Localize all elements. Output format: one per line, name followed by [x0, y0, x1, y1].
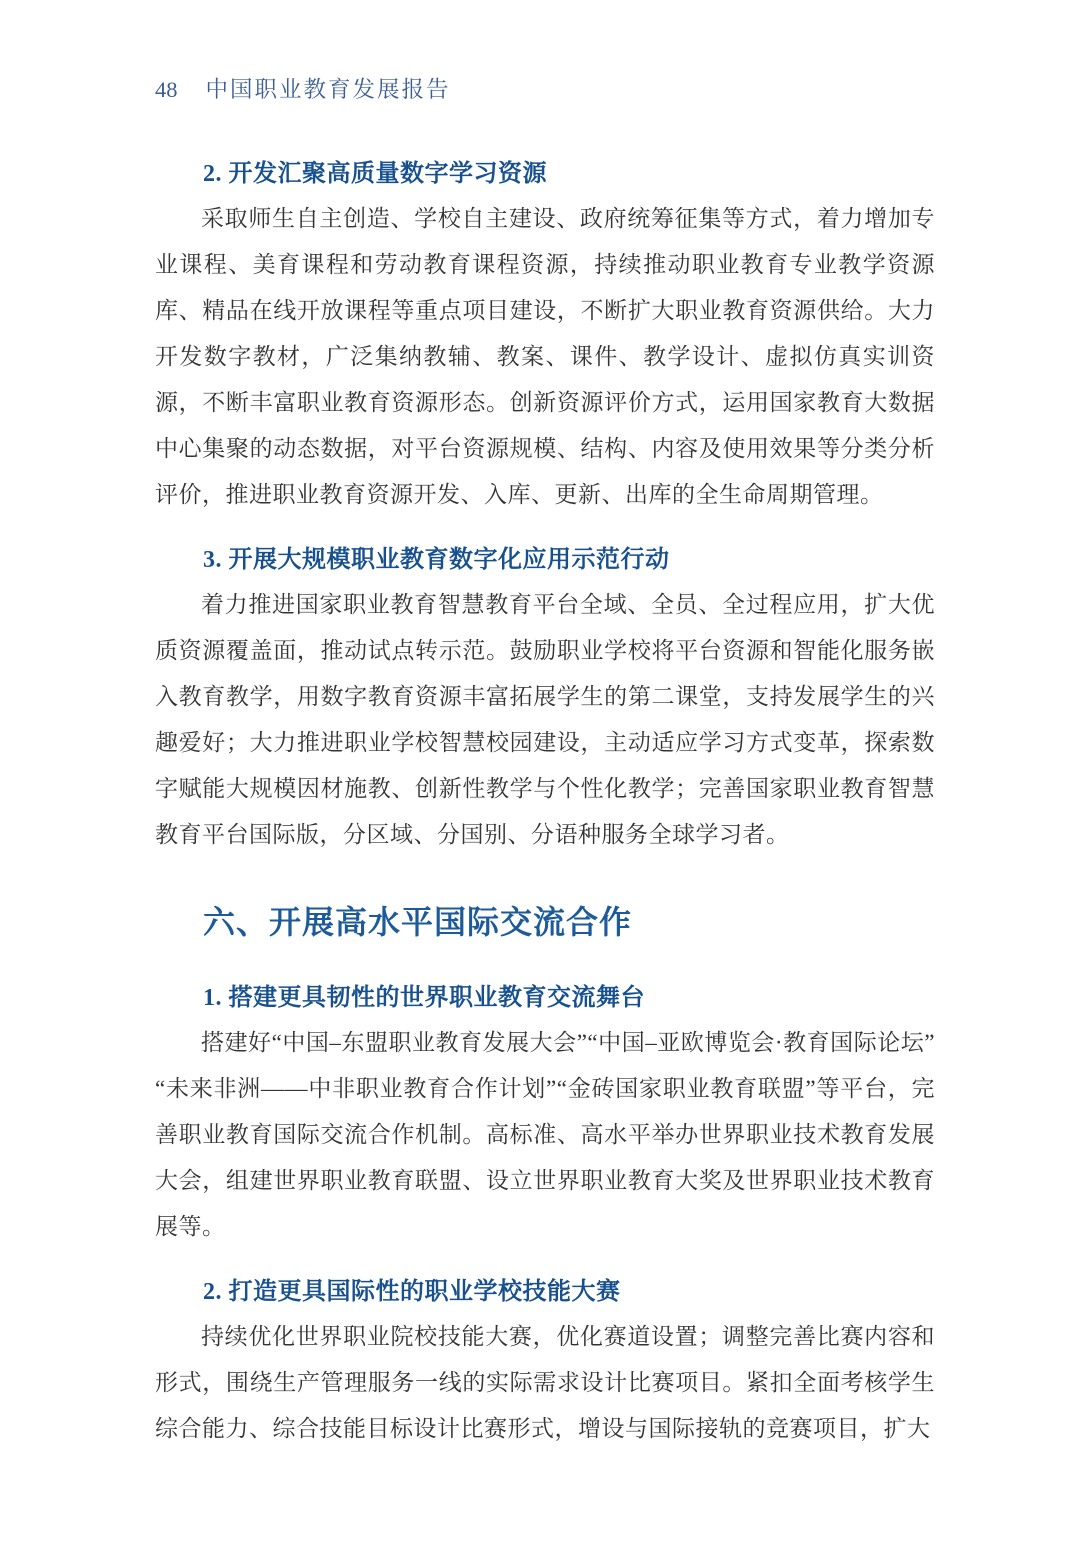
document-page: 48 中国职业教育发展报告 2. 开发汇聚高质量数字学习资源 采取师生自主创造、…: [0, 0, 1080, 1561]
subheading-world-vocational-exchange-stage: 1. 搭建更具韧性的世界职业教育交流舞台: [203, 982, 935, 1014]
subheading-international-skills-competition: 2. 打造更具国际性的职业学校技能大赛: [203, 1276, 935, 1308]
paragraph-digitalization-demonstration-action: 着力推进国家职业教育智慧教育平台全域、全员、全过程应用，扩大优质资源覆盖面，推动…: [155, 582, 935, 858]
book-title: 中国职业教育发展报告: [206, 76, 451, 104]
chapter-heading-international-exchange-cooperation: 六、开展高水平国际交流合作: [203, 902, 935, 942]
page-body: 2. 开发汇聚高质量数字学习资源 采取师生自主创造、学校自主建设、政府统筹征集等…: [155, 158, 935, 1452]
subheading-digitalization-demonstration-action: 3. 开展大规模职业教育数字化应用示范行动: [203, 544, 935, 576]
page-number: 48: [155, 76, 178, 104]
subheading-develop-digital-learning-resources: 2. 开发汇聚高质量数字学习资源: [203, 158, 935, 190]
paragraph-digital-learning-resources: 采取师生自主创造、学校自主建设、政府统筹征集等方式，着力增加专业课程、美育课程和…: [155, 196, 935, 518]
page-header: 48 中国职业教育发展报告: [155, 76, 935, 104]
paragraph-world-vocational-exchange-stage: 搭建好“中国–东盟职业教育发展大会”“中国–亚欧博览会·教育国际论坛”“未来非洲…: [155, 1020, 935, 1250]
paragraph-international-skills-competition: 持续优化世界职业院校技能大赛，优化赛道设置；调整完善比赛内容和形式，围绕生产管理…: [155, 1314, 935, 1452]
